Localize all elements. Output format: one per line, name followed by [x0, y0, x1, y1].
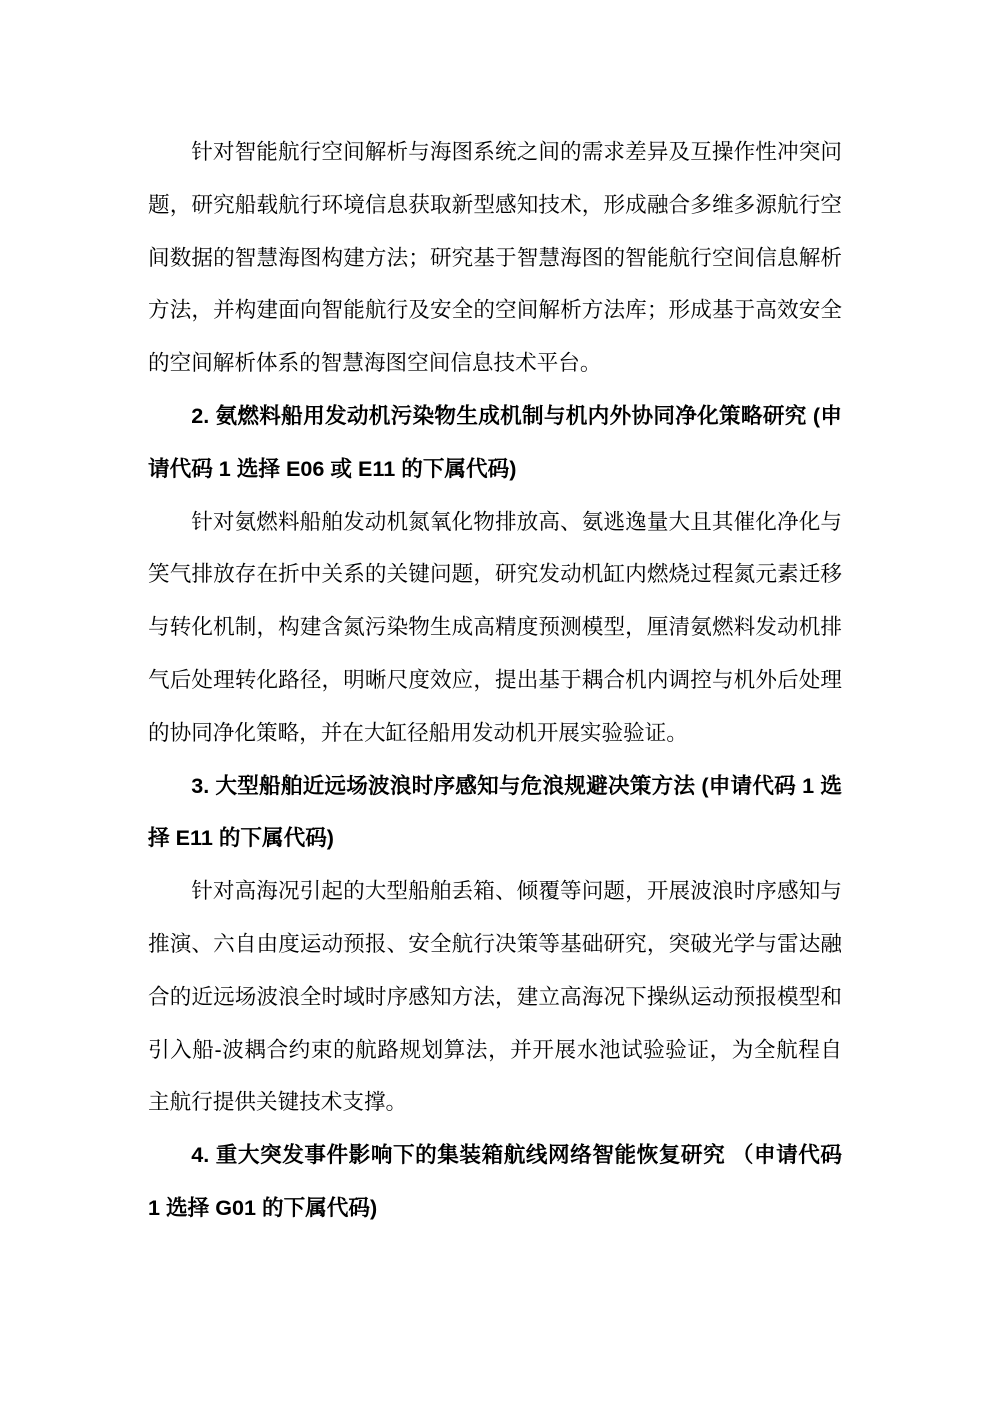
topic1-description-paragraph: 针对智能航行空间解析与海图系统之间的需求差异及互操作性冲突问题，研究船载航行环境… [148, 126, 842, 390]
topic2-heading: 2. 氨燃料船用发动机污染物生成机制与机内外协同净化策略研究 (申请代码 1 选… [148, 390, 842, 496]
document-content: 针对智能航行空间解析与海图系统之间的需求差异及互操作性冲突问题，研究船载航行环境… [148, 126, 842, 1235]
topic3-heading: 3. 大型船舶近远场波浪时序感知与危浪规避决策方法 (申请代码 1 选择 E11… [148, 760, 842, 866]
document-page: 针对智能航行空间解析与海图系统之间的需求差异及互操作性冲突问题，研究船载航行环境… [0, 0, 992, 1403]
topic4-heading: 4. 重大突发事件影响下的集装箱航线网络智能恢复研究 （申请代码 1 选择 G0… [148, 1129, 842, 1235]
topic2-description-paragraph: 针对氨燃料船舶发动机氮氧化物排放高、氨逃逸量大且其催化净化与笑气排放存在折中关系… [148, 496, 842, 760]
topic3-description-paragraph: 针对高海况引起的大型船舶丢箱、倾覆等问题，开展波浪时序感知与推演、六自由度运动预… [148, 865, 842, 1129]
